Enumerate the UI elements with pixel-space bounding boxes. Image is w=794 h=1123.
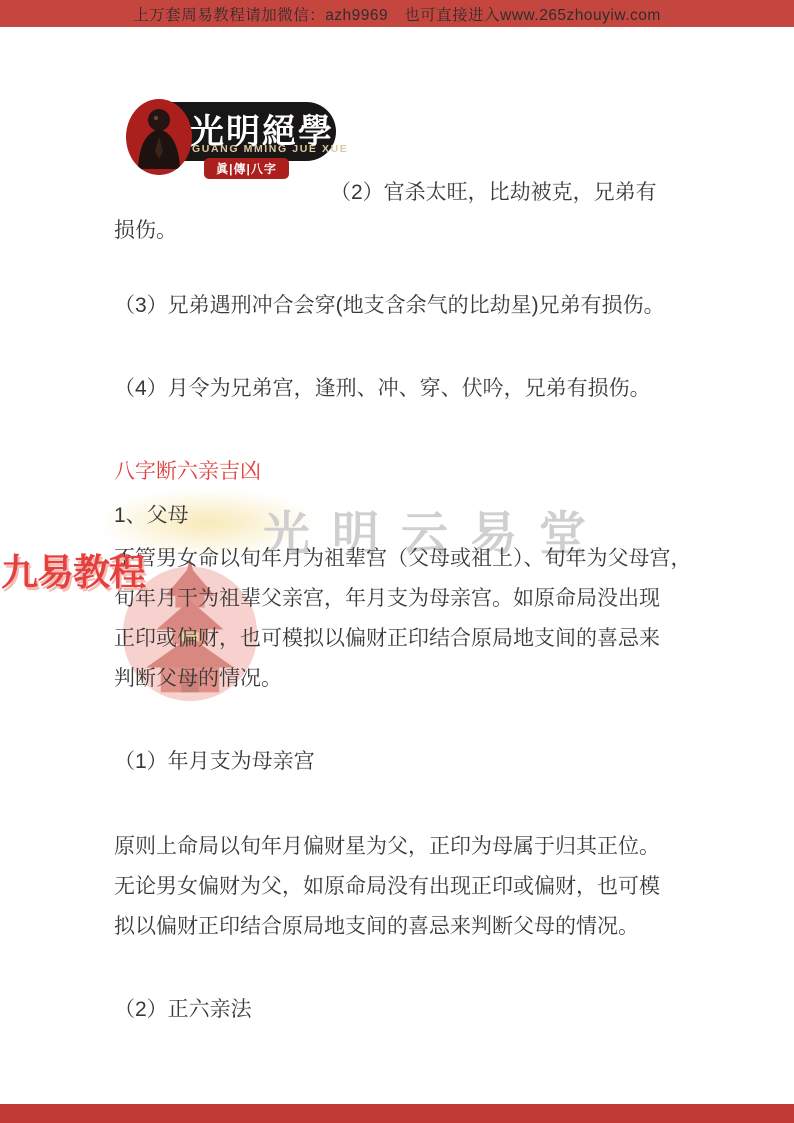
top-promo-banner: 上万套周易教程请加微信：azh9969 也可直接进入www.265zhouyiw…: [0, 0, 794, 27]
monk-figure-icon: [126, 99, 192, 175]
paragraph-a-line-3: 正印或偏财，也可模拟以偏财正印结合原局地支间的喜忌来: [114, 622, 660, 652]
logo-tab-label: 眞|傳|八字: [216, 160, 277, 177]
paragraph-2-line-1: （2）官杀太旺，比劫被克，兄弟有: [330, 176, 657, 206]
paragraph-b-line-2: 无论男女偏财为父，如原命局没有出现正印或偏财，也可模: [114, 870, 660, 900]
guangming-logo: 光明絕學 GUANG MMING JUE XUE 眞|傳|八字: [126, 99, 338, 181]
item-heading-2: （2）正六亲法: [114, 993, 252, 1023]
paragraph-2-line-2: 损伤。: [114, 214, 177, 244]
bottom-promo-banner: [0, 1104, 794, 1123]
logo-tab: 眞|傳|八字: [204, 158, 289, 179]
paragraph-4: （4）月令为兄弟宫，逢刑、冲、穿、伏吟，兄弟有损伤。: [114, 372, 651, 402]
paragraph-3: （3）兄弟遇刑冲合会穿(地支含余气的比劫星)兄弟有损伤。: [114, 289, 665, 319]
section-heading: 八字断六亲吉凶: [114, 455, 261, 485]
item-heading-1: （1）年月支为母亲宫: [114, 745, 315, 775]
paragraph-b-line-3: 拟以偏财正印结合原局地支间的喜忌来判断父母的情况。: [114, 910, 639, 940]
document-page: 上万套周易教程请加微信：azh9969 也可直接进入www.265zhouyiw…: [0, 0, 794, 1123]
paragraph-a-line-2: 旬年月干为祖辈父亲宫，年月支为母亲宫。如原命局没出现: [114, 582, 660, 612]
sub-heading-parents: 1、父母: [114, 499, 189, 529]
paragraph-a-line-1: 不管男女命以旬年月为祖辈宫（父母或祖上）、旬年为父母宫，: [114, 542, 692, 572]
paragraph-b-line-1: 原则上命局以旬年月偏财星为父，正印为母属于归其正位。: [114, 830, 660, 860]
paragraph-a-line-4: 判断父母的情况。: [114, 662, 282, 692]
logo-subtitle: GUANG MMING JUE XUE: [192, 143, 348, 155]
top-promo-text: 上万套周易教程请加微信：azh9969 也可直接进入www.265zhouyiw…: [133, 3, 661, 25]
jiuyi-watermark: 九易教程: [1, 542, 145, 596]
